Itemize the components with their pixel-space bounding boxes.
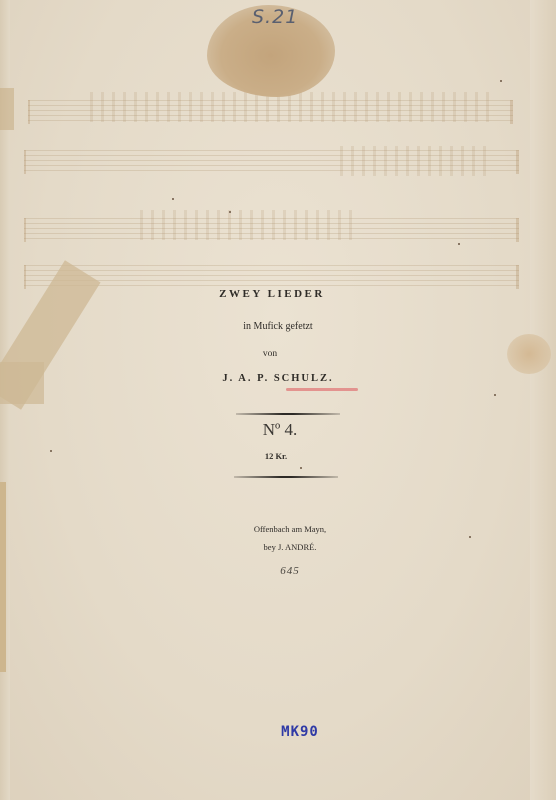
composer-name: J. A. P. SCHULZ. <box>0 373 556 384</box>
by-label: von <box>0 349 548 359</box>
ink-speck <box>469 536 471 538</box>
bleed-through-notes <box>340 146 490 176</box>
imprint-place: Offenbach am Mayn, <box>12 524 556 534</box>
tape-residue <box>0 88 14 130</box>
ink-speck <box>494 394 496 396</box>
ornamental-rule <box>236 413 340 415</box>
tape-residue <box>0 482 6 672</box>
plate-number: 645 <box>12 565 556 577</box>
work-title: ZWEY LIEDER <box>0 288 550 300</box>
price: 12 Kr. <box>0 451 554 461</box>
ornamental-rule <box>234 476 338 478</box>
page-right-edge <box>530 0 556 800</box>
ink-speck <box>172 198 174 200</box>
bleed-through-notes <box>140 210 360 240</box>
document-page: S.21 ZWEY LIEDER in Mufick gefetzt von J… <box>0 0 556 800</box>
imprint-publisher: bey J. ANDRÉ. <box>12 542 556 552</box>
ink-speck <box>458 243 460 245</box>
work-subtitle: in Mufick gefetzt <box>0 321 556 332</box>
ink-speck <box>50 450 52 452</box>
library-stamp: MK90 <box>274 724 326 740</box>
ink-speck <box>300 467 302 469</box>
ink-speck <box>229 211 231 213</box>
issue-number: Nº 4. <box>2 420 556 440</box>
shelfmark-annotation: S.21 <box>252 6 312 28</box>
bleed-through-notes <box>90 92 490 122</box>
ink-speck <box>500 80 502 82</box>
red-pencil-underline <box>286 388 358 391</box>
